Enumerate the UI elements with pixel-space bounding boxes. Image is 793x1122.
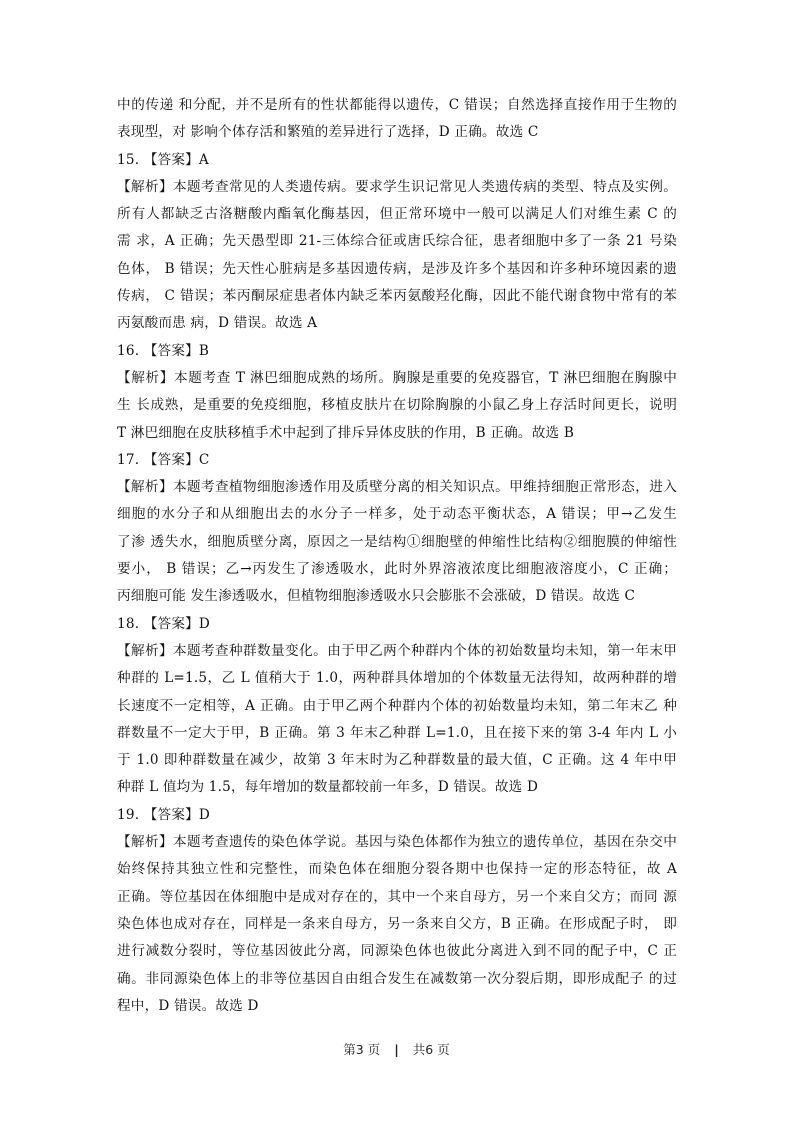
text-line: 始终保持其独立性和完整性，而染色体在细胞分裂各期中也保持一定的形态特征，故 A xyxy=(117,856,677,883)
text-line: 长速度不一定相等，A 正确。由于甲乙两个种群内个体的初始数量均未知，第二年末乙 … xyxy=(117,693,677,720)
text-line: 丙细胞可能 发生渗透吸水，但植物细胞渗透吸水只会膨胀不会涨破，D 错误。故选 C xyxy=(117,583,677,610)
text-line: 【解析】本题考查常见的人类遗传病。要求学生识记常见人类遗传病的类型、特点及实例。 xyxy=(117,174,677,201)
text-line: 【解析】本题考查种群数量变化。由于甲乙两个种群内个体的初始数量均未知，第一年末甲 xyxy=(117,638,677,665)
text-line: 传病， C 错误；苯丙酮尿症患者体内缺乏苯丙氨酸羟化酶，因此不能代谢食物中常有的… xyxy=(117,283,677,310)
text-line: 染色体也成对存在，同样是一条来自母方，另一条来自父方，B 正确。在形成配子时， … xyxy=(117,911,677,938)
text-line: 程中，D 错误。故选 D xyxy=(117,993,677,1020)
text-line: 种群 L 值均为 1.5，每年增加的数量都较前一年多，D 错误。故选 D xyxy=(117,774,677,801)
document-body: 中的传递 和分配，并不是所有的性状都能得以遗传，C 错误；自然选择直接作用于生物… xyxy=(117,92,677,1020)
answer-heading: 19. 【答案】D xyxy=(117,802,677,829)
text-line: 了渗 透失水，细胞质壁分离，原因之一是结构①细胞壁的伸缩性比结构②细胞膜的伸缩性 xyxy=(117,529,677,556)
text-line: 丙氨酸而患 病，D 错误。故选 A xyxy=(117,310,677,337)
text-line: T 淋巴细胞在皮肤移植手术中起到了排斥异体皮肤的作用，B 正确。故选 B xyxy=(117,420,677,447)
text-line: 正确。等位基因在体细胞中是成对存在的，其中一个来自母方，另一个来自父方；而同 源 xyxy=(117,884,677,911)
answer-heading: 15. 【答案】A xyxy=(117,147,677,174)
text-line: 要小， B 错误；乙→丙发生了渗透吸水，此时外界溶液浓度比细胞液溶度小，C 正确… xyxy=(117,556,677,583)
text-line: 群数量不一定大于甲，B 正确。第 3 年末乙种群 L=1.0，且在接下来的第 3… xyxy=(117,720,677,747)
text-line: 【解析】本题考查 T 淋巴细胞成熟的场所。胸腺是重要的免疫器官，T 淋巴细胞在胸… xyxy=(117,365,677,392)
text-line: 需 求，A 正确；先天愚型即 21-三体综合征或唐氏综合征，患者细胞中多了一条 … xyxy=(117,228,677,255)
text-line: 于 1.0 即种群数量在减少，故第 3 年末时为乙种群数量的最大值，C 正确。这… xyxy=(117,747,677,774)
total-pages-label: 共6 页 xyxy=(413,1042,450,1057)
answer-heading: 17. 【答案】C xyxy=(117,447,677,474)
text-line: 【解析】本题考查遗传的染色体学说。基因与染色体都作为独立的遗传单位，基因在杂交中 xyxy=(117,829,677,856)
text-line: 确。非同源染色体上的非等位基因自由组合发生在减数第一次分裂后期，即形成配子 的过 xyxy=(117,966,677,993)
text-line: 中的传递 和分配，并不是所有的性状都能得以遗传，C 错误；自然选择直接作用于生物… xyxy=(117,92,677,119)
text-line: 种群的 L=1.5，乙 L 值稍大于 1.0，两种群具体增加的个体数量无法得知，… xyxy=(117,665,677,692)
text-line: 细胞的水分子和从细胞出去的水分子一样多，处于动态平衡状态，A 错误；甲→乙发生 xyxy=(117,501,677,528)
text-line: 表现型，对 影响个体存活和繁殖的差异进行了选择，D 正确。故选 C xyxy=(117,119,677,146)
answer-heading: 18. 【答案】D xyxy=(117,611,677,638)
answer-heading: 16. 【答案】B xyxy=(117,338,677,365)
text-line: 【解析】本题考查植物细胞渗透作用及质壁分离的相关知识点。甲维持细胞正常形态，进入 xyxy=(117,474,677,501)
text-line: 进行减数分裂时，等位基因彼此分离，同源染色体也彼此分离进入到不同的配子中，C 正 xyxy=(117,938,677,965)
text-line: 色体， B 错误；先天性心脏病是多基因遗传病，是涉及许多个基因和许多种环境因素的… xyxy=(117,256,677,283)
current-page-label: 第3 页 xyxy=(343,1042,380,1057)
footer-separator: | xyxy=(394,1042,399,1057)
page-footer: 第3 页 | 共6 页 xyxy=(0,1040,793,1058)
text-line: 生 长成熟，是重要的免疫细胞，移植皮肤片在切除胸腺的小鼠乙身上存活时间更长，说明 xyxy=(117,392,677,419)
text-line: 所有人都缺乏古洛糖酸内酯氧化酶基因，但正常环境中一般可以满足人们对维生素 C 的 xyxy=(117,201,677,228)
